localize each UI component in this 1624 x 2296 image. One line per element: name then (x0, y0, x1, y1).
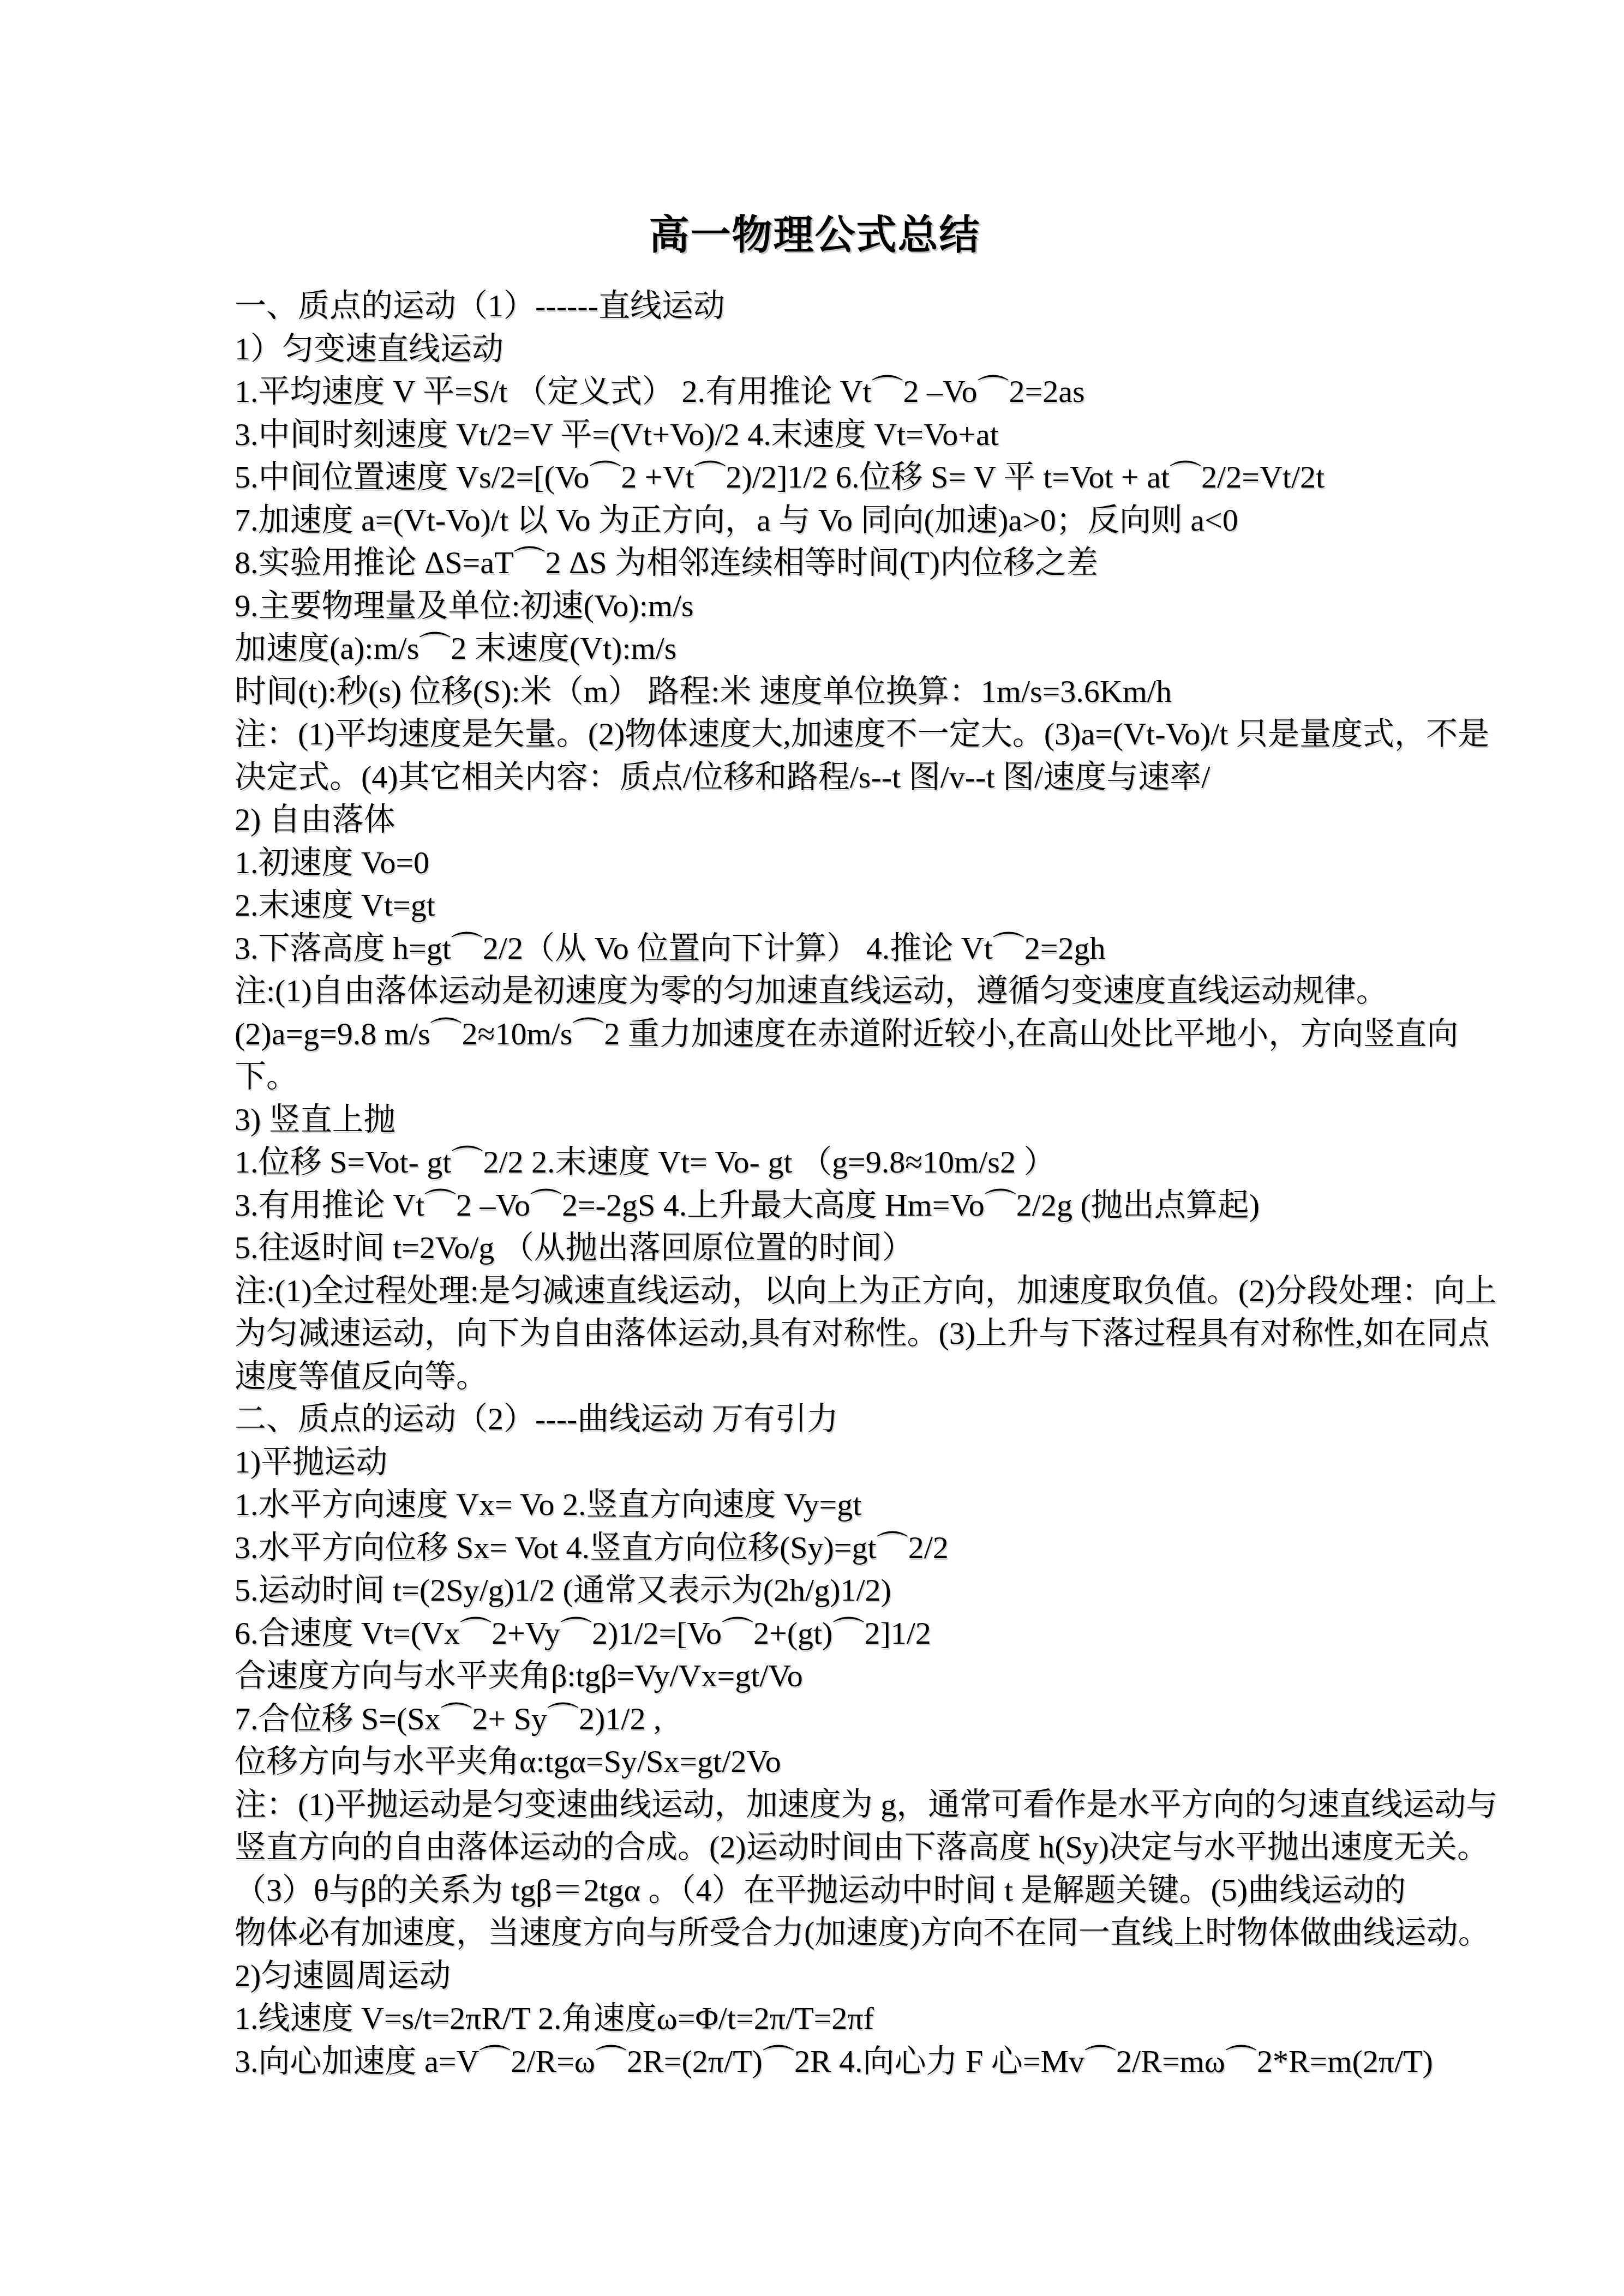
text-line: 5.运动时间 t=(2Sy/g)1/2 (通常又表示为(2h/g)1/2) (235, 1569, 1395, 1612)
document-body: 一、质点的运动（1）------直线运动1）匀变速直线运动1.平均速度 V 平=… (235, 285, 1395, 2083)
text-line: 竖直方向的自由落体运动的合成。(2)运动时间由下落高度 h(Sy)决定与水平抛出… (235, 1826, 1395, 1869)
text-line: 5.中间位置速度 Vs/2=[(Vo⌒2 +Vt⌒2)/2]1/2 6.位移 S… (235, 456, 1395, 499)
text-line: 注：(1)平抛运动是匀变速曲线运动，加速度为 g，通常可看作是水平方向的匀速直线… (235, 1783, 1395, 1826)
text-line: 决定式。(4)其它相关内容：质点/位移和路程/s--t 图/v--t 图/速度与… (235, 756, 1395, 799)
text-line: 加速度(a):m/s⌒2 末速度(Vt):m/s (235, 627, 1395, 670)
text-line: 注:(1)自由落体运动是初速度为零的匀加速直线运动，遵循匀变速度直线运动规律。 (235, 970, 1395, 1013)
text-line: 为匀减速运动，向下为自由落体运动,具有对称性。(3)上升与下落过程具有对称性,如… (235, 1312, 1395, 1355)
text-line: 合速度方向与水平夹角β:tgβ=Vy/Vx=gt/Vo (235, 1655, 1395, 1698)
text-line: 3.中间时刻速度 Vt/2=V 平=(Vt+Vo)/2 4.末速度 Vt=Vo+… (235, 413, 1395, 456)
text-line: 1.水平方向速度 Vx= Vo 2.竖直方向速度 Vy=gt (235, 1483, 1395, 1526)
text-line: 2) 自由落体 (235, 798, 1395, 842)
text-line: 速度等值反向等。 (235, 1355, 1395, 1398)
text-line: 3.向心加速度 a=V⌒2/R=ω⌒2R=(2π/T)⌒2R 4.向心力 F 心… (235, 2040, 1395, 2083)
text-line: 注:(1)全过程处理:是匀减速直线运动，以向上为正方向，加速度取负值。(2)分段… (235, 1270, 1395, 1313)
text-line: 8.实验用推论 ΔS=aT⌒2 ΔS 为相邻连续相等时间(T)内位移之差 (235, 542, 1395, 585)
text-line: 1.线速度 V=s/t=2πR/T 2.角速度ω=Φ/t=2π/T=2πf (235, 1997, 1395, 2040)
text-line: 下。 (235, 1055, 1395, 1098)
text-line: 时间(t):秒(s) 位移(S):米（m） 路程:米 速度单位换算：1m/s=3… (235, 670, 1395, 713)
text-line: 5.往返时间 t=2Vo/g （从抛出落回原位置的时间） (235, 1227, 1395, 1270)
text-line: 1.初速度 Vo=0 (235, 842, 1395, 885)
text-line: 1）匀变速直线运动 (235, 328, 1395, 371)
text-line: 物体必有加速度，当速度方向与所受合力(加速度)方向不在同一直线上时物体做曲线运动… (235, 1912, 1395, 1955)
text-line: 2.末速度 Vt=gt (235, 884, 1395, 927)
text-line: 2)匀速圆周运动 (235, 1955, 1395, 1998)
text-line: 二、质点的运动（2）----曲线运动 万有引力 (235, 1398, 1395, 1441)
text-line: 1)平抛运动 (235, 1441, 1395, 1484)
text-line: 3.下落高度 h=gt⌒2/2（从 Vo 位置向下计算） 4.推论 Vt⌒2=2… (235, 927, 1395, 970)
text-line: 6.合速度 Vt=(Vx⌒2+Vy⌒2)1/2=[Vo⌒2+(gt)⌒2]1/2 (235, 1612, 1395, 1655)
text-line: 7.加速度 a=(Vt-Vo)/t 以 Vo 为正方向，a 与 Vo 同向(加速… (235, 499, 1395, 542)
text-line: 9.主要物理量及单位:初速(Vo):m/s (235, 585, 1395, 628)
text-line: 1.位移 S=Vot- gt⌒2/2 2.末速度 Vt= Vo- gt （g=9… (235, 1141, 1395, 1184)
document-title: 高一物理公式总结 (235, 205, 1395, 266)
text-line: 3.水平方向位移 Sx= Vot 4.竖直方向位移(Sy)=gt⌒2/2 (235, 1526, 1395, 1570)
text-line: 注：(1)平均速度是矢量。(2)物体速度大,加速度不一定大。(3)a=(Vt-V… (235, 713, 1395, 756)
text-line: 3) 竖直上抛 (235, 1098, 1395, 1141)
text-line: (2)a=g=9.8 m/s⌒2≈10m/s⌒2 重力加速度在赤道附近较小,在高… (235, 1013, 1395, 1056)
text-line: （3）θ与β的关系为 tgβ＝2tgα 。（4）在平抛运动中时间 t 是解题关键… (235, 1869, 1395, 1912)
document-page: 高一物理公式总结 一、质点的运动（1）------直线运动1）匀变速直线运动1.… (0, 0, 1624, 2296)
text-line: 3.有用推论 Vt⌒2 –Vo⌒2=-2gS 4.上升最大高度 Hm=Vo⌒2/… (235, 1184, 1395, 1227)
text-line: 位移方向与水平夹角α:tgα=Sy/Sx=gt/2Vo (235, 1740, 1395, 1783)
text-line: 1.平均速度 V 平=S/t （定义式） 2.有用推论 Vt⌒2 –Vo⌒2=2… (235, 370, 1395, 413)
text-line: 7.合位移 S=(Sx⌒2+ Sy⌒2)1/2 , (235, 1698, 1395, 1741)
text-line: 一、质点的运动（1）------直线运动 (235, 285, 1395, 328)
